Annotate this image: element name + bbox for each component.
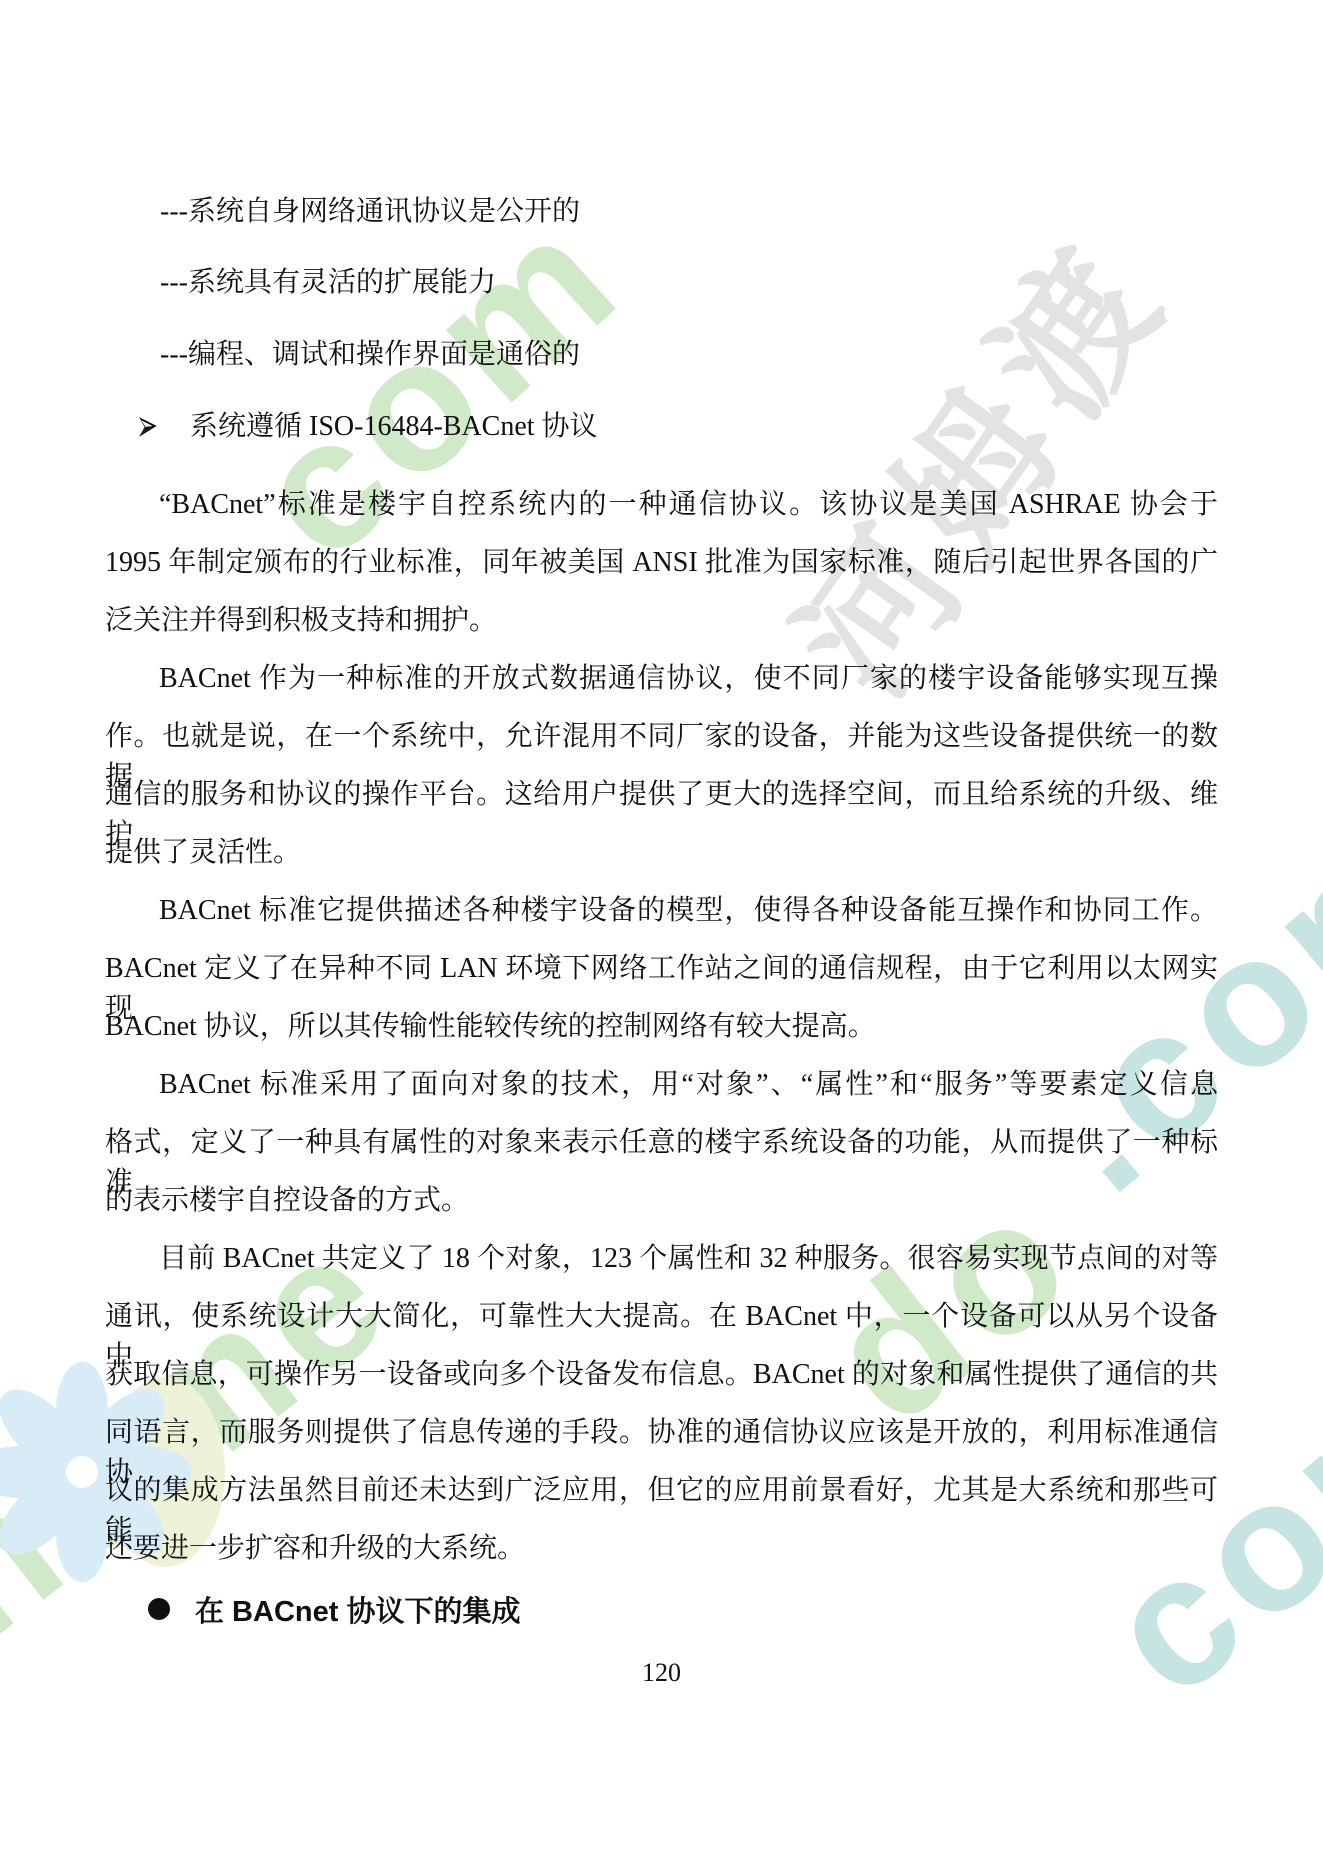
- paragraph-5-line-6: 还要进一步扩容和升级的大系统。: [105, 1529, 1218, 1573]
- dash-item-1: ---系统自身网络通讯协议是公开的: [105, 192, 1273, 236]
- paragraph-2-line-2: 作。也就是说，在一个系统中，允许混用不同厂家的设备，并能为这些设备提供统一的数据: [105, 717, 1218, 761]
- paragraph-2-line-4: 提供了灵活性。: [105, 833, 1218, 877]
- paragraph-5-line-2: 通讯，使系统设计大大简化，可靠性大大提高。在 BACnet 中，一个设备可以从另…: [105, 1297, 1218, 1341]
- heading-iso-bacnet: 系统遵循 ISO-16484-BACnet 协议: [105, 407, 1303, 451]
- paragraph-5-line-1: 目前 BACnet 共定义了 18 个对象，123 个属性和 32 种服务。很容…: [105, 1239, 1218, 1283]
- paragraph-1-line-2: 1995 年制定颁布的行业标准，同年被美国 ANSI 批准为国家标准，随后引起世…: [105, 543, 1218, 587]
- paragraph-3-line-1: BACnet 标准它提供描述各种楼宇设备的模型，使得各种设备能互操作和协同工作。: [105, 891, 1218, 935]
- document-page: com 河姆渡 home do .com com ---系统自身网络通讯协议是公…: [0, 0, 1323, 1871]
- paragraph-4-line-2: 格式，定义了一种具有属性的对象来表示任意的楼宇系统设备的功能，从而提供了一种标准: [105, 1123, 1218, 1167]
- paragraph-1-line-3: 泛关注并得到积极支持和拥护。: [105, 601, 1218, 645]
- paragraph-5-line-5: 议的集成方法虽然目前还未达到广泛应用，但它的应用前景看好，尤其是大系统和那些可能: [105, 1471, 1218, 1515]
- paragraph-3-line-2: BACnet 定义了在异种不同 LAN 环境下网络工作站之间的通信规程，由于它利…: [105, 949, 1218, 993]
- paragraph-4-line-1: BACnet 标准采用了面向对象的技术，用“对象”、“属性”和“服务”等要素定义…: [105, 1065, 1218, 1109]
- paragraph-2-line-3: 通信的服务和协议的操作平台。这给用户提供了更大的选择空间，而且给系统的升级、维护: [105, 775, 1218, 819]
- dash-item-2: ---系统具有灵活的扩展能力: [105, 263, 1273, 307]
- paragraph-5-line-3: 获取信息，可操作另一设备或向多个设备发布信息。BACnet 的对象和属性提供了通…: [105, 1355, 1218, 1399]
- dash-item-3: ---编程、调试和操作界面是通俗的: [105, 335, 1273, 379]
- text-layer: ---系统自身网络通讯协议是公开的 ---系统具有灵活的扩展能力 ---编程、调…: [0, 0, 1323, 1871]
- paragraph-4-line-3: 的表示楼宇自控设备的方式。: [105, 1181, 1218, 1225]
- paragraph-3-line-3: BACnet 协议，所以其传输性能较传统的控制网络有较大提高。: [105, 1007, 1218, 1051]
- paragraph-2-line-1: BACnet 作为一种标准的开放式数据通信协议，使不同厂家的楼宇设备能够实现互操: [105, 659, 1218, 703]
- bold-bullet-heading: 在 BACnet 协议下的集成: [105, 1592, 1308, 1636]
- paragraph-1-line-1: “BACnet”标准是楼宇自控系统内的一种通信协议。该协议是美国 ASHRAE …: [105, 485, 1218, 529]
- page-number: 120: [0, 1656, 1323, 1690]
- paragraph-5-line-4: 同语言，而服务则提供了信息传递的手段。协准的通信协议应该是开放的，利用标准通信协: [105, 1413, 1218, 1457]
